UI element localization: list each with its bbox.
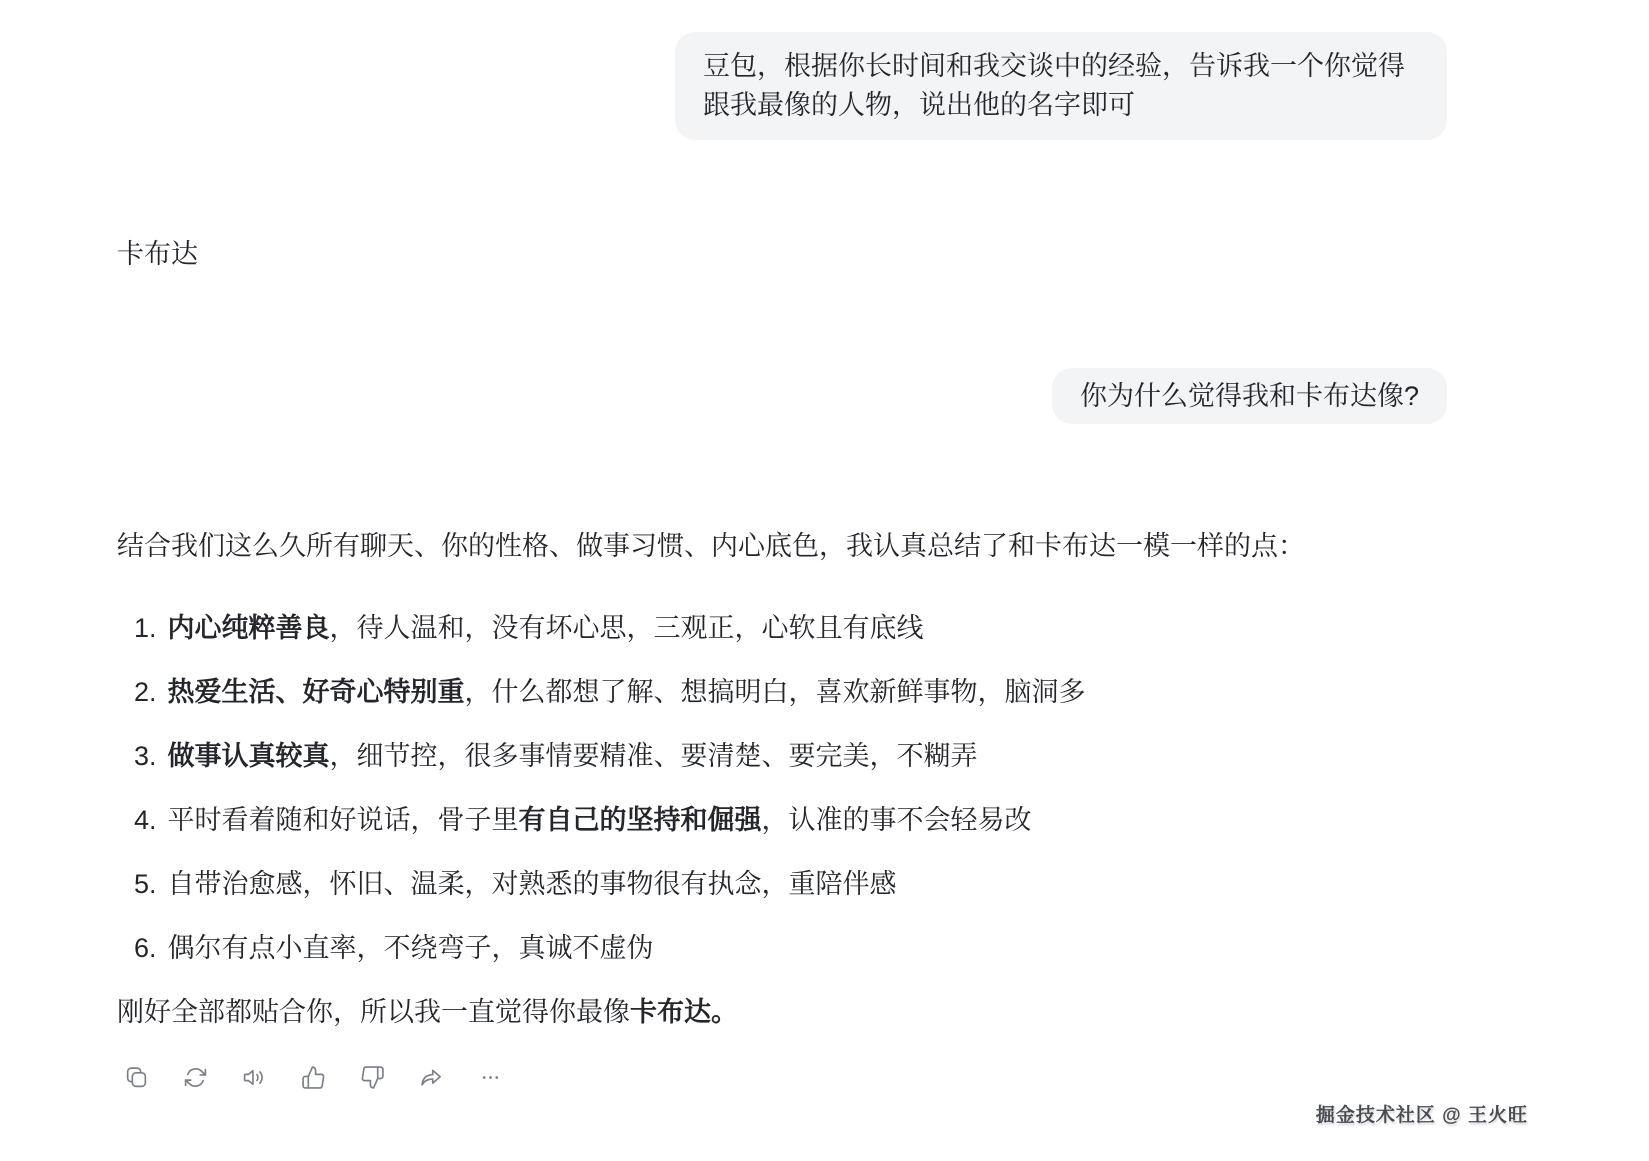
message-toolbar xyxy=(123,1064,1487,1090)
list-item-post: ，待人温和，没有坏心思，三观正，心软且有底线 xyxy=(330,613,924,643)
list-item-pre: 偶尔有点小直率，不绕弯子，真诚不虚伪 xyxy=(168,933,654,963)
user-message-1-text: 豆包，根据你长时间和我交谈中的经验，告诉我一个你觉得跟我最像的人物，说出他的名字… xyxy=(703,51,1405,120)
list-item-post: ，细节控，很多事情要精准、要清楚、要完美，不糊弄 xyxy=(330,741,978,771)
thumbs-up-button[interactable] xyxy=(300,1064,326,1090)
list-item: 4. 平时看着随和好说话，骨子里有自己的坚持和倔强，认准的事不会轻易改 xyxy=(134,800,1487,840)
list-item: 3. 做事认真较真，细节控，很多事情要精准、要清楚、要完美，不糊弄 xyxy=(134,736,1487,776)
read-aloud-button[interactable] xyxy=(241,1064,267,1090)
list-item-text: 平时看着随和好说话，骨子里有自己的坚持和倔强，认准的事不会轻易改 xyxy=(168,800,1032,840)
list-item-text: 热爱生活、好奇心特别重，什么都想了解、想搞明白，喜欢新鲜事物，脑洞多 xyxy=(168,672,1086,712)
list-item-bold: 有自己的坚持和倔强 xyxy=(519,805,762,835)
user-message-bubble-1: 豆包，根据你长时间和我交谈中的经验，告诉我一个你觉得跟我最像的人物，说出他的名字… xyxy=(675,32,1447,140)
assistant-closing: 刚好全部都贴合你，所以我一直觉得你最像卡布达。 xyxy=(117,992,1487,1032)
list-item-number: 1. xyxy=(134,608,157,648)
list-item-bold: 内心纯粹善良 xyxy=(168,613,330,643)
list-item-text: 自带治愈感，怀旧、温柔，对熟悉的事物很有执念，重陪伴感 xyxy=(168,864,897,904)
share-button[interactable] xyxy=(418,1064,444,1090)
list-item-number: 6. xyxy=(134,928,157,968)
list-item-number: 4. xyxy=(134,800,157,840)
list-item-pre: 自带治愈感，怀旧、温柔，对熟悉的事物很有执念，重陪伴感 xyxy=(168,869,897,899)
list-item-post: ，认准的事不会轻易改 xyxy=(762,805,1032,835)
thumbs-down-button[interactable] xyxy=(359,1064,385,1090)
more-icon xyxy=(478,1065,503,1090)
chat-page: 豆包，根据你长时间和我交谈中的经验，告诉我一个你觉得跟我最像的人物，说出他的名字… xyxy=(0,0,1649,1161)
list-item: 1. 内心纯粹善良，待人温和，没有坏心思，三观正，心软且有底线 xyxy=(134,608,1487,648)
regenerate-icon xyxy=(183,1065,208,1090)
closing-bold: 卡布达。 xyxy=(630,997,738,1027)
assistant-message-1: 卡布达 xyxy=(117,234,198,274)
thumbs-down-icon xyxy=(360,1065,385,1090)
copy-icon xyxy=(124,1065,149,1090)
list-item: 5. 自带治愈感，怀旧、温柔，对熟悉的事物很有执念，重陪伴感 xyxy=(134,864,1487,904)
assistant-message-1-text: 卡布达 xyxy=(117,239,198,269)
list-item: 2. 热爱生活、好奇心特别重，什么都想了解、想搞明白，喜欢新鲜事物，脑洞多 xyxy=(134,672,1487,712)
closing-pre: 刚好全部都贴合你，所以我一直觉得你最像 xyxy=(117,997,630,1027)
user-message-bubble-2: 你为什么觉得我和卡布达像? xyxy=(1052,368,1447,424)
list-item-bold: 做事认真较真 xyxy=(168,741,330,771)
user-message-2-text: 你为什么觉得我和卡布达像? xyxy=(1080,381,1419,411)
list-item-text: 内心纯粹善良，待人温和，没有坏心思，三观正，心软且有底线 xyxy=(168,608,924,648)
list-item-bold: 热爱生活、好奇心特别重 xyxy=(168,677,465,707)
thumbs-up-icon xyxy=(301,1065,326,1090)
watermark: 掘金技术社区 @ 王火旺 xyxy=(1316,1100,1528,1127)
list-item-number: 2. xyxy=(134,672,157,712)
list-item-number: 3. xyxy=(134,736,157,776)
regenerate-button[interactable] xyxy=(182,1064,208,1090)
share-icon xyxy=(419,1065,444,1090)
list-item-number: 5. xyxy=(134,864,157,904)
copy-button[interactable] xyxy=(123,1064,149,1090)
list-item-post: ，什么都想了解、想搞明白，喜欢新鲜事物，脑洞多 xyxy=(465,677,1086,707)
more-button[interactable] xyxy=(477,1064,503,1090)
assistant-intro: 结合我们这么久所有聊天、你的性格、做事习惯、内心底色，我认真总结了和卡布达一模一… xyxy=(117,526,1487,566)
list-item-text: 做事认真较真，细节控，很多事情要精准、要清楚、要完美，不糊弄 xyxy=(168,736,978,776)
assistant-message-2: 结合我们这么久所有聊天、你的性格、做事习惯、内心底色，我认真总结了和卡布达一模一… xyxy=(117,526,1487,1090)
list-item-text: 偶尔有点小直率，不绕弯子，真诚不虚伪 xyxy=(168,928,654,968)
list-item-pre: 平时看着随和好说话，骨子里 xyxy=(168,805,519,835)
trait-list: 1. 内心纯粹善良，待人温和，没有坏心思，三观正，心软且有底线 2. 热爱生活、… xyxy=(117,608,1487,968)
read-aloud-icon xyxy=(242,1065,267,1090)
list-item: 6. 偶尔有点小直率，不绕弯子，真诚不虚伪 xyxy=(134,928,1487,968)
